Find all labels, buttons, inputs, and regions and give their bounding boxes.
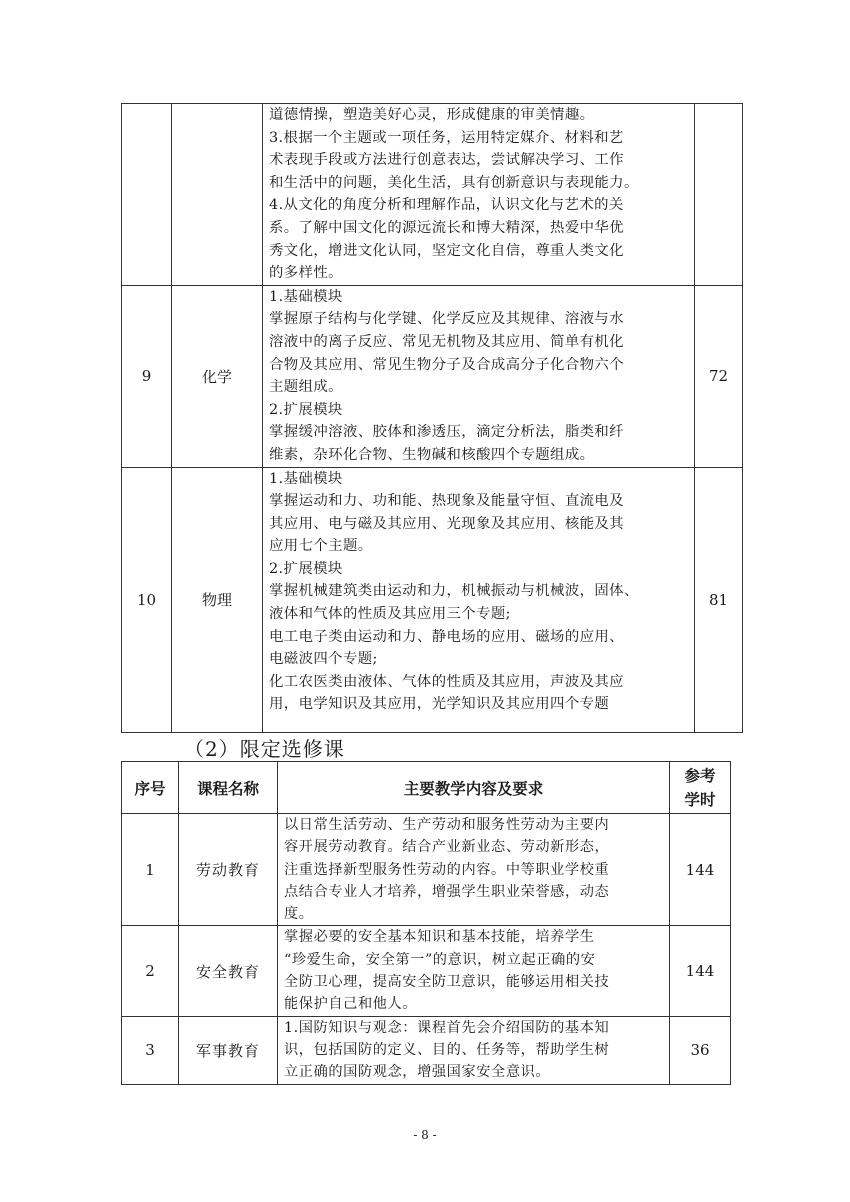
content-line: 2.扩展模块 xyxy=(269,399,689,422)
reference-hours: 144 xyxy=(670,814,731,926)
table-row: 1 劳动教育 以日常生活劳动、生产劳动和服务性劳动为主要内 容开展劳动教育。结合… xyxy=(122,814,731,926)
content-line: 秀文化，增进文化认同，坚定文化自信，尊重人类文化 xyxy=(269,240,689,263)
content-line: 液体和气体的性质及其应用三个专题; xyxy=(269,603,689,626)
content-line: 掌握机械建筑类由运动和力，机械振动与机械波，固体、 xyxy=(269,580,689,603)
section-title: （2）限定选修课 xyxy=(184,733,345,762)
content-line: 应用七个主题。 xyxy=(269,535,689,558)
content-line: 点结合专业人才培养，增强学生职业荣誉感，动态 xyxy=(284,881,665,903)
course-content: 1.国防知识与观念：课程首先会介绍国防的基本知 识，包括国防的定义、目的、任务等… xyxy=(278,1016,670,1084)
course-name: 军事教育 xyxy=(179,1016,278,1084)
content-line: 以日常生活劳动、生产劳动和服务性劳动为主要内 xyxy=(284,814,665,836)
content-line: 掌握原子结构与化学键、化学反应及其规律、溶液与水 xyxy=(269,308,689,331)
content-line: 度。 xyxy=(284,903,665,925)
content-line: 3.根据一个主题或一项任务，运用特定媒介、材料和艺 xyxy=(269,127,689,150)
row-number: 10 xyxy=(122,467,172,732)
content-line: 术表现手段或方法进行创意表达，尝试解决学习、工作 xyxy=(269,149,689,172)
content-line: 2.扩展模块 xyxy=(269,558,689,581)
reference-hours: 144 xyxy=(670,926,731,1016)
table-header-row: 序号 课程名称 主要教学内容及要求 参考 学时 xyxy=(122,762,731,814)
content-line: “珍爱生命，安全第一”的意识，树立起正确的安 xyxy=(284,949,665,971)
content-line: 和生活中的问题，美化生活，具有创新意识与表现能力。 xyxy=(269,172,689,195)
content-line: 能保护自己和他人。 xyxy=(284,993,665,1015)
header-course-name: 课程名称 xyxy=(179,762,278,814)
content-line: 识，包括国防的定义、目的、任务等，帮助学生树 xyxy=(284,1039,665,1061)
course-name xyxy=(172,104,263,286)
content-line: 容开展劳动教育。结合产业新业态、劳动新形态， xyxy=(284,836,665,858)
row-number: 9 xyxy=(122,285,172,467)
table-row: 9 化学 1.基础模块 掌握原子结构与化学键、化学反应及其规律、溶液与水 溶液中… xyxy=(122,285,743,467)
row-number xyxy=(122,104,172,286)
content-line: 1.国防知识与观念：课程首先会介绍国防的基本知 xyxy=(284,1017,665,1039)
header-hours: 参考 学时 xyxy=(670,762,731,814)
course-name: 安全教育 xyxy=(179,926,278,1016)
reference-hours: 72 xyxy=(695,285,743,467)
course-content: 以日常生活劳动、生产劳动和服务性劳动为主要内 容开展劳动教育。结合产业新业态、劳… xyxy=(278,814,670,926)
header-hours-line: 学时 xyxy=(670,788,730,812)
reference-hours: 81 xyxy=(695,467,743,732)
course-content: 1.基础模块 掌握原子结构与化学键、化学反应及其规律、溶液与水 溶液中的离子反应… xyxy=(263,285,695,467)
course-name: 化学 xyxy=(172,285,263,467)
course-content: 掌握必要的安全基本知识和基本技能，培养学生 “珍爱生命，安全第一”的意识，树立起… xyxy=(278,926,670,1016)
content-line: 掌握运动和力、功和能、热现象及能量守恒、直流电及 xyxy=(269,490,689,513)
content-line: 系。了解中国文化的源远流长和博大精深，热爱中华优 xyxy=(269,217,689,240)
table-row: 道德情操，塑造美好心灵，形成健康的审美情趣。 3.根据一个主题或一项任务，运用特… xyxy=(122,104,743,286)
header-number: 序号 xyxy=(122,762,179,814)
course-content: 1.基础模块 掌握运动和力、功和能、热现象及能量守恒、直流电及 其应用、电与磁及… xyxy=(263,467,695,732)
content-line: 维素，杂环化合物、生物碱和核酸四个专题组成。 xyxy=(269,444,689,467)
table-row: 3 军事教育 1.国防知识与观念：课程首先会介绍国防的基本知 识，包括国防的定义… xyxy=(122,1016,731,1084)
content-line: 主题组成。 xyxy=(269,376,689,399)
content-line: 注重选择新型服务性劳动的内容。中等职业学校重 xyxy=(284,859,665,881)
compulsory-course-table-continued: 道德情操，塑造美好心灵，形成健康的审美情趣。 3.根据一个主题或一项任务，运用特… xyxy=(121,103,743,733)
content-line: 掌握缓冲溶液、胶体和渗透压，滴定分析法，脂类和纤 xyxy=(269,421,689,444)
page-number: - 8 - xyxy=(0,1128,850,1142)
course-name: 劳动教育 xyxy=(179,814,278,926)
row-number: 1 xyxy=(122,814,179,926)
content-line: 1.基础模块 xyxy=(269,286,689,309)
content-line: 化工农医类由液体、气体的性质及其应用，声波及其应 xyxy=(269,671,689,694)
content-line: 电磁波四个专题; xyxy=(269,648,689,671)
reference-hours: 36 xyxy=(670,1016,731,1084)
content-line: 全防卫心理，提高安全防卫意识，能够运用相关技 xyxy=(284,971,665,993)
table-row: 2 安全教育 掌握必要的安全基本知识和基本技能，培养学生 “珍爱生命，安全第一”… xyxy=(122,926,731,1016)
content-line: 溶液中的离子反应、常见无机物及其应用、简单有机化 xyxy=(269,331,689,354)
content-line: 道德情操，塑造美好心灵，形成健康的审美情趣。 xyxy=(269,104,689,127)
content-line: 的多样性。 xyxy=(269,262,689,285)
content-line: 合物及其应用、常见生物分子及合成高分子化合物六个 xyxy=(269,354,689,377)
table-row: 10 物理 1.基础模块 掌握运动和力、功和能、热现象及能量守恒、直流电及 其应… xyxy=(122,467,743,732)
course-content: 道德情操，塑造美好心灵，形成健康的审美情趣。 3.根据一个主题或一项任务，运用特… xyxy=(263,104,695,286)
reference-hours xyxy=(695,104,743,286)
header-content: 主要教学内容及要求 xyxy=(278,762,670,814)
content-line: 其应用、电与磁及其应用、光现象及其应用、核能及其 xyxy=(269,513,689,536)
content-line: 掌握必要的安全基本知识和基本技能，培养学生 xyxy=(284,926,665,948)
content-line: 4.从文化的角度分析和理解作品，认识文化与艺术的关 xyxy=(269,194,689,217)
course-name: 物理 xyxy=(172,467,263,732)
row-number: 2 xyxy=(122,926,179,1016)
content-line: 电工电子类由运动和力、静电场的应用、磁场的应用、 xyxy=(269,626,689,649)
content-line: 1.基础模块 xyxy=(269,468,689,491)
header-hours-line: 参考 xyxy=(670,764,730,788)
content-line: 用，电学知识及其应用，光学知识及其应用四个专题 xyxy=(269,693,689,716)
row-number: 3 xyxy=(122,1016,179,1084)
elective-course-table: 序号 课程名称 主要教学内容及要求 参考 学时 1 劳动教育 以日常生活劳动、生… xyxy=(121,761,731,1085)
content-line: 立正确的国防观念，增强国家安全意识。 xyxy=(284,1061,665,1083)
